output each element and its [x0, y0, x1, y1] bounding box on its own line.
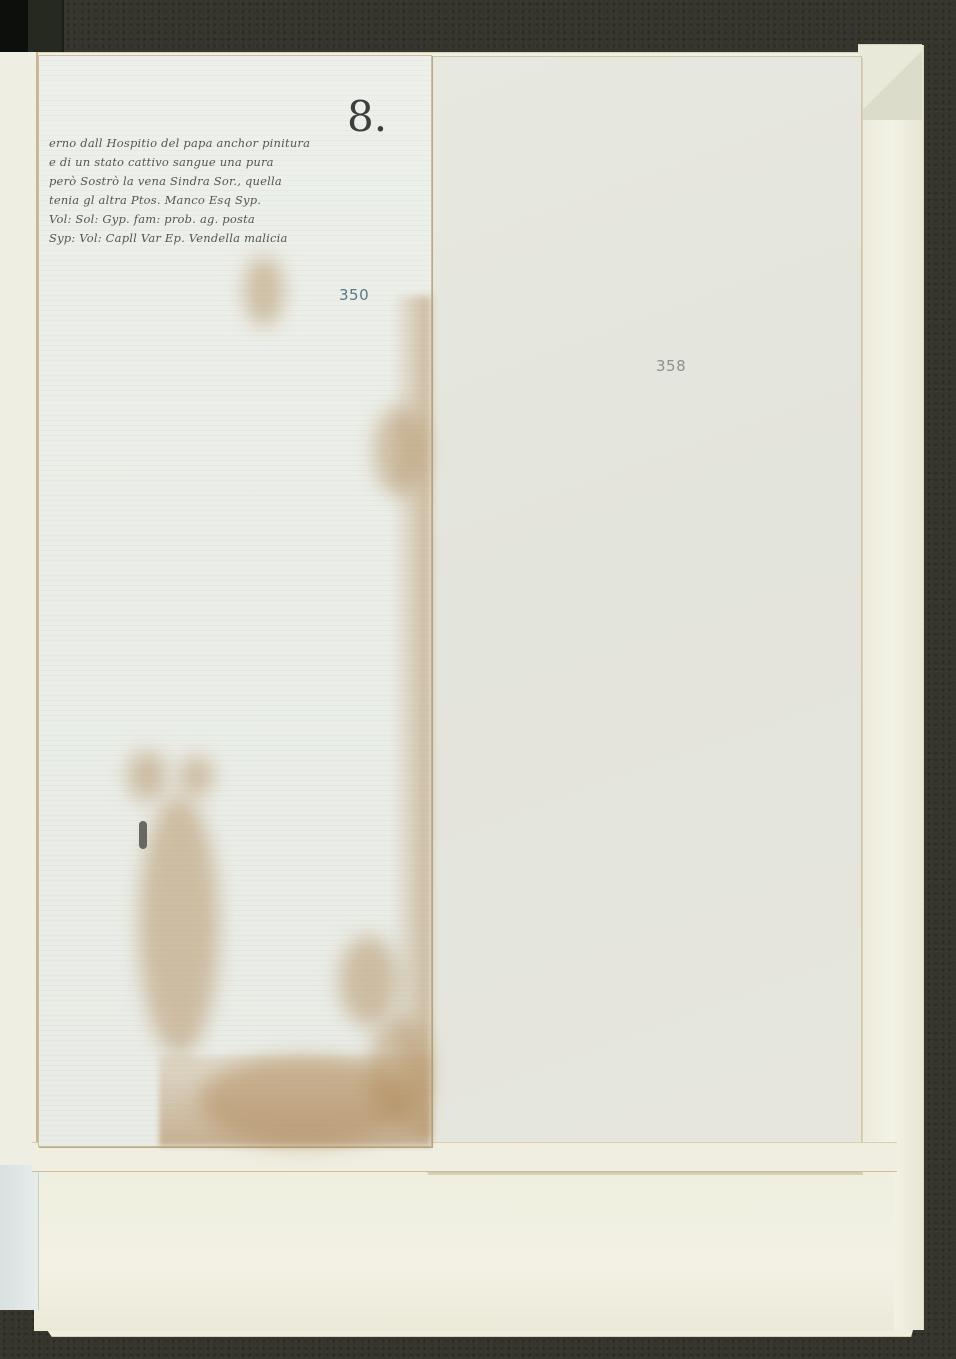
handwriting-line: Syp: Vol: Capll Var Ep. Vendella malicia: [49, 229, 399, 248]
mount-strip-bottom: [34, 1170, 894, 1331]
water-stain: [139, 796, 219, 1056]
handwriting-line: Vol: Sol: Gyp. fam: prob. ag. posta: [49, 210, 399, 229]
folio-number-358: 358: [656, 357, 686, 375]
binding-cloth: [0, 1165, 39, 1310]
handwriting-line: tenia gl altra Ptos. Manco Esq Syp.: [49, 191, 399, 210]
water-stain: [179, 756, 214, 796]
handwriting-line: erno dall Hospitio del papa anchor pinit…: [49, 134, 399, 153]
mount-strip-right: [860, 45, 924, 1330]
water-stain: [244, 256, 284, 326]
previous-page-edge: [0, 52, 38, 1167]
handwriting-line: però Sostrò la vena Sindra Sor., quella: [49, 172, 399, 191]
gathering-number: 8.: [347, 96, 387, 138]
handwritten-text: erno dall Hospitio del papa anchor pinit…: [49, 134, 399, 248]
binding-gap: [0, 0, 28, 60]
folio-number-350: 350: [339, 286, 369, 304]
folded-corner: [858, 44, 922, 120]
book-spine-edge: [28, 0, 64, 60]
blank-leaf-358: 358: [427, 56, 862, 1173]
water-stain: [339, 936, 399, 1026]
water-stain: [127, 751, 167, 801]
water-stain: [374, 406, 424, 496]
ink-blot: [139, 821, 147, 849]
handwritten-leaf-350: 8. erno dall Hospitio del papa anchor pi…: [38, 55, 432, 1147]
handwriting-line: e di un stato cattivo sangue una pura: [49, 153, 399, 172]
water-stain-bottom: [159, 1056, 431, 1146]
